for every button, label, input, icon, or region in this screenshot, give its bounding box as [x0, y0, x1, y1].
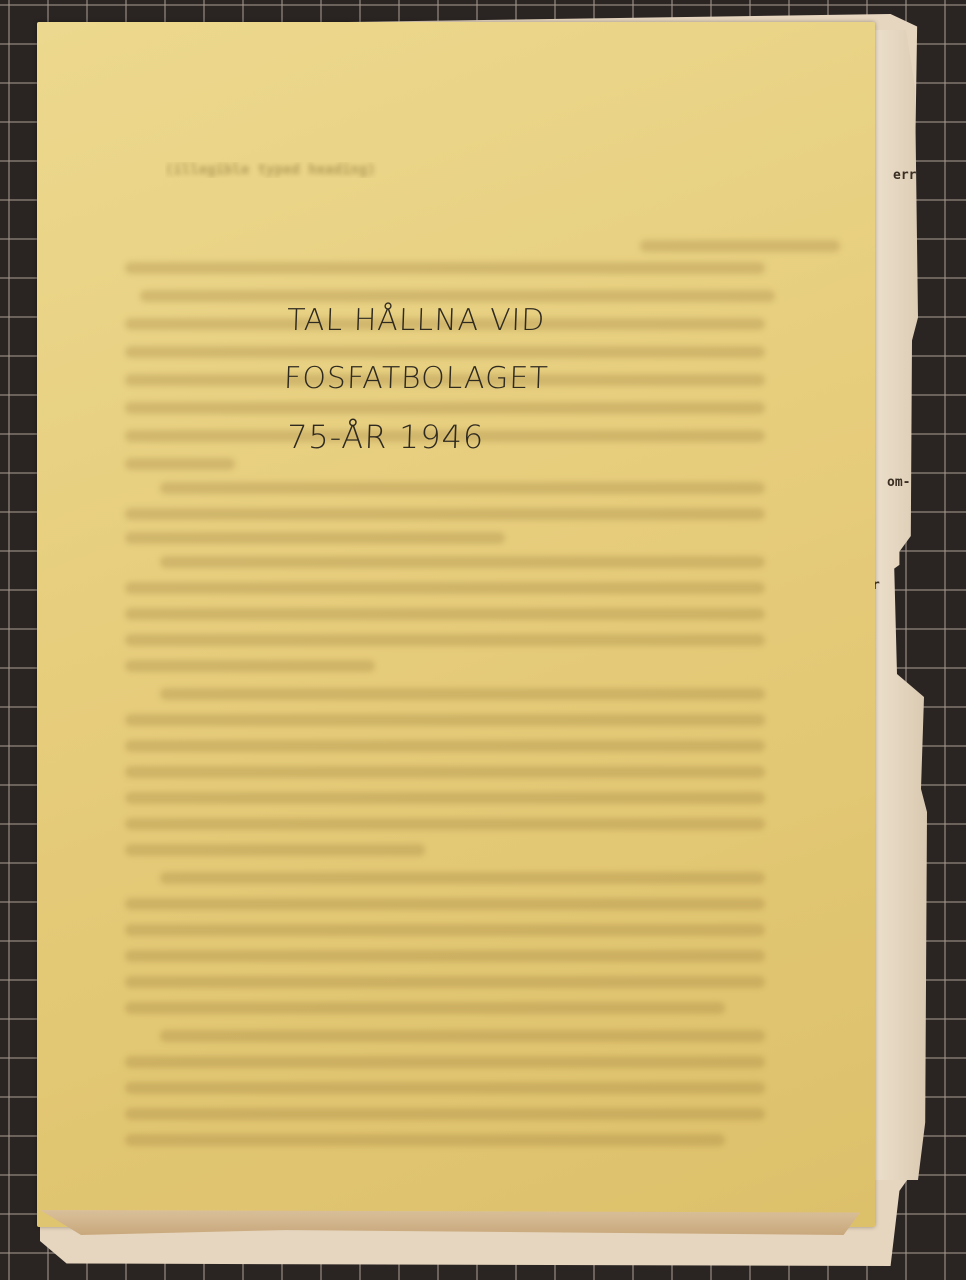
typed-text-line	[125, 818, 765, 830]
typed-text-line	[125, 766, 765, 778]
handwritten-title: TAL HÅLLNA VID FOSFATBOLAGET 75-ÅR 1946	[287, 292, 549, 466]
typed-text-line	[125, 898, 765, 910]
typed-text-line	[125, 740, 765, 752]
typed-text-line	[125, 458, 235, 470]
typed-text-line	[125, 714, 765, 726]
typed-text-line	[125, 976, 765, 988]
typed-text-line	[160, 1030, 765, 1042]
typed-text-line	[125, 1108, 765, 1120]
typed-text-line	[125, 1056, 765, 1068]
typed-text-line	[160, 688, 765, 700]
edge-text-fragment: om-	[887, 475, 910, 490]
typed-text-line	[125, 924, 765, 936]
typed-text-line	[160, 872, 765, 884]
typed-text-line	[125, 1134, 725, 1146]
typed-text-line	[640, 240, 840, 252]
typed-heading: (illegible typed heading)	[165, 162, 635, 178]
typed-text-line	[125, 950, 765, 962]
typed-text-line	[125, 1082, 765, 1094]
typed-text-line	[125, 660, 375, 672]
edge-text-fragment: err	[893, 168, 916, 183]
typed-text-line	[125, 582, 765, 594]
page-bottom-edge	[40, 1210, 860, 1235]
typed-text-line	[125, 634, 765, 646]
typed-text-line	[125, 844, 425, 856]
torn-edge-sheets	[870, 30, 930, 1180]
typed-text-line	[125, 532, 505, 544]
typed-text-line	[160, 556, 765, 568]
typed-text-line	[125, 608, 765, 620]
handwritten-line: TAL HÅLLNA VID	[286, 292, 550, 350]
typed-text-line	[125, 508, 765, 520]
typed-text-line	[160, 482, 765, 494]
typed-text-line	[125, 1002, 725, 1014]
handwritten-line: FOSFATBOLAGET	[283, 350, 550, 408]
typed-text-line	[125, 792, 765, 804]
cover-page: (illegible typed heading) TAL HÅLLNA VID…	[37, 22, 875, 1227]
typed-text-line	[125, 262, 765, 274]
handwritten-line: 75-ÅR 1946	[286, 408, 550, 466]
